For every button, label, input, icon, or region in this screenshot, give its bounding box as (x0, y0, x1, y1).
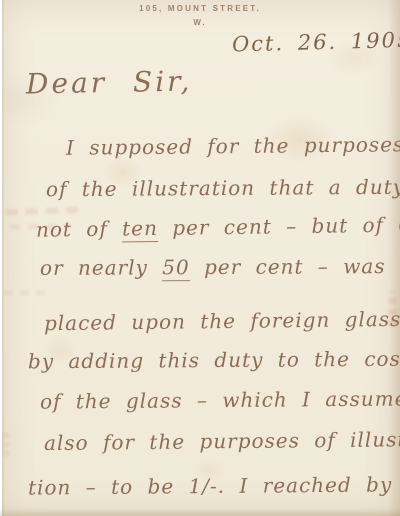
letter-line: not of ten per cent – but of 6⁰ (36, 212, 400, 241)
letterhead: 105, MOUNT STREET. W. (0, 4, 400, 27)
letter-line: tion – to be 1/-. I reached by (28, 472, 392, 499)
line-text: placed upon the foreign glass; (44, 307, 400, 335)
line-text: tion – to be 1/-. I reached by (28, 472, 392, 499)
letter-date: Oct. 26. 1905. (232, 28, 400, 57)
line-text: by adding this duty to the cost (28, 347, 400, 374)
scan-edge-left (0, 0, 6, 516)
scan-edge-bottom (0, 508, 400, 516)
letter-line: placed upon the foreign glass; (44, 307, 400, 335)
letter-line: of the glass – which I assumed (40, 386, 400, 413)
letter-line: I supposed for the purposes (66, 132, 400, 160)
line-text: of the glass – which I assumed (40, 386, 400, 413)
line-text: not of (36, 216, 122, 241)
letter-salutation: Dear Sir, (26, 65, 193, 101)
letter-page: 105, MOUNT STREET. W. Oct. 26. 1905. Dea… (0, 0, 400, 516)
ink-showthrough (2, 430, 10, 456)
letter-line: of the illustration that a duty (46, 175, 400, 202)
line-text: of the illustration that a duty (46, 175, 400, 202)
line-text: also for the purposes of illustra- (44, 427, 400, 455)
letter-line: also for the purposes of illustra- (44, 427, 400, 455)
letterhead-address: 105, MOUNT STREET. (0, 4, 400, 13)
ink-showthrough (4, 290, 48, 295)
line-text: or nearly (40, 255, 162, 280)
line-text: per cent – but of 6⁰ (158, 212, 400, 240)
underlined-word-50: 50 (162, 255, 190, 281)
letter-line: or nearly 50 per cent – was (40, 254, 386, 280)
line-text: I supposed for the purposes (66, 132, 400, 160)
underlined-word-ten: ten (122, 216, 158, 242)
letter-line: by adding this duty to the cost (28, 347, 400, 374)
letterhead-district: W. (0, 18, 400, 27)
line-text: per cent – was (190, 254, 386, 279)
ink-showthrough (6, 207, 84, 216)
